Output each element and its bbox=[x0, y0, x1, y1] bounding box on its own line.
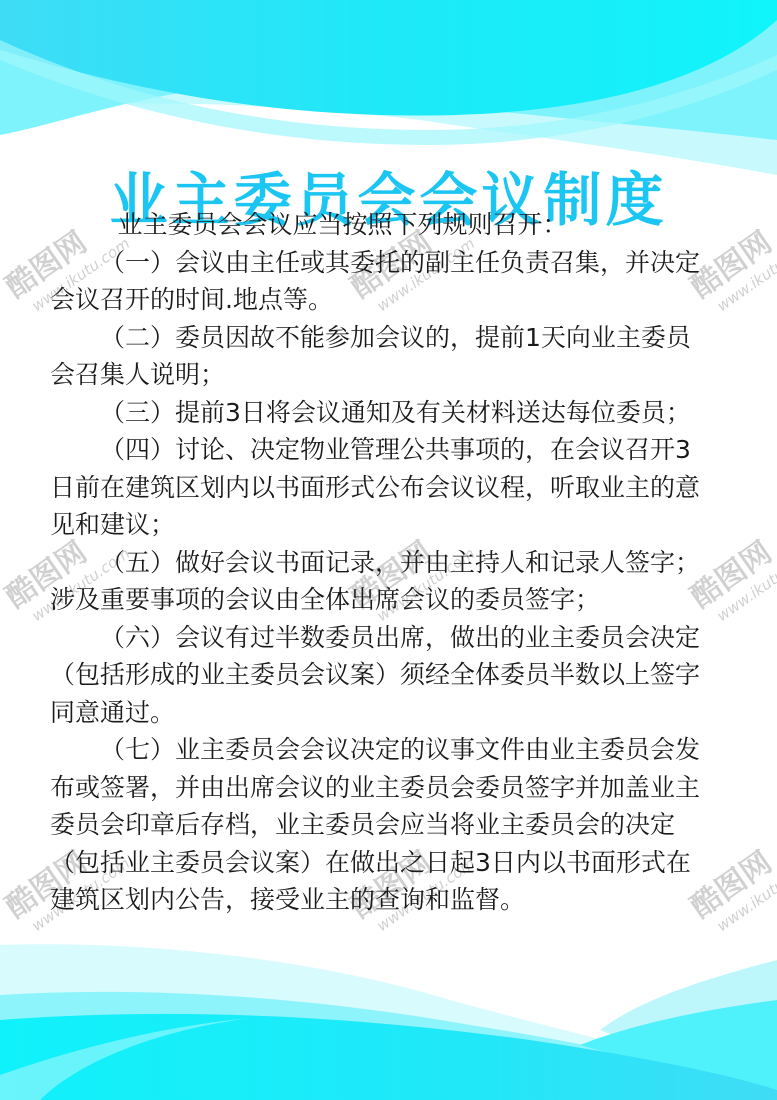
rule-paragraph-5: （五）做好会议书面记录，并由主持人和记录人签字；涉及重要事项的会议由全体出席会议… bbox=[50, 544, 710, 619]
rule-paragraph-2: （二）委员因故不能参加会议的，提前1天向业主委员会召集人说明； bbox=[50, 319, 710, 394]
rule-paragraph-7: （七）业主委员会会议决定的议事文件由业主委员会发布或签署，并由出席会议的业主委员… bbox=[50, 731, 710, 919]
rule-paragraph-1: （一）会议由主任或其委托的副主任负责召集，并决定会议召开的时间.地点等。 bbox=[50, 244, 710, 319]
rule-paragraph-3: （三）提前3日将会议通知及有关材料送达每位委员； bbox=[50, 394, 710, 432]
rule-paragraph-4: （四）讨论、决定物业管理公共事项的，在会议召开3日前在建筑区划内以书面形式公布会… bbox=[50, 431, 710, 544]
rule-paragraph-6: （六）会议有过半数委员出席，做出的业主委员会决定（包括形成的业主委员会议案）须经… bbox=[50, 619, 710, 732]
intro-paragraph: 业主委员会会议应当按照下列规则召开： bbox=[50, 206, 710, 244]
document-body: 业主委员会会议应当按照下列规则召开： （一）会议由主任或其委托的副主任负责召集，… bbox=[50, 206, 710, 919]
